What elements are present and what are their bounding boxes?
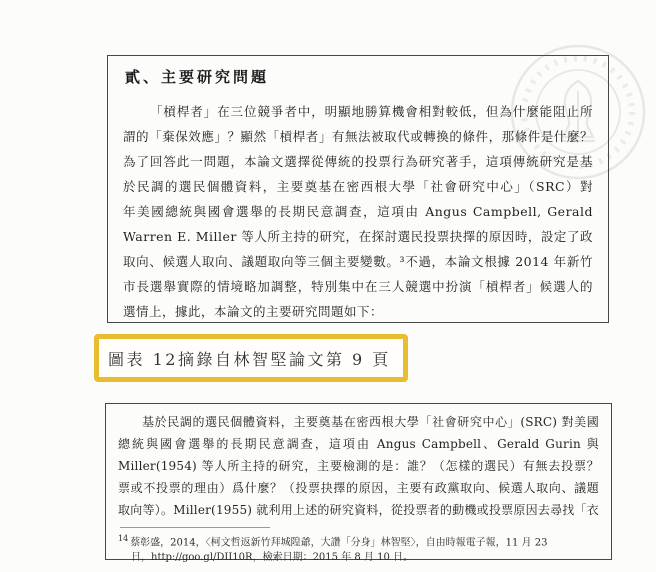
footnote-separator bbox=[120, 527, 270, 528]
footnote-text: 日，http://goo.gl/DII10R，檢索日期：2015 年 8 月 1… bbox=[131, 552, 413, 563]
footnote-line: 14蔡彰盛，2014，〈柯文哲返新竹拜城隍爺，大讚「分身」林智堅〉，自由時報電子… bbox=[118, 531, 599, 550]
footnote-line: 日，http://goo.gl/DII10R，檢索日期：2015 年 8 月 1… bbox=[118, 550, 599, 565]
excerpt-bottom-paragraph: 基於民調的選民個體資料，主要奠基在密西根大學「社會研究中心」(SRC) 對美國總… bbox=[118, 411, 599, 521]
paragraph-line: 取向、候選人取向、議題取向等三個主要變數。³不過，本論文根據 2014 年新竹 bbox=[123, 249, 593, 274]
figure-caption-text: 圖表 12摘錄自林智堅論文第 9 頁 bbox=[99, 347, 391, 370]
excerpt-top-paragraph: 「槓桿者」在三位競爭者中，明顯地勝算機會相對較低，但為什麼能阻止所謂的「棄保效應… bbox=[123, 99, 593, 324]
paragraph-line: 謂的「棄保效應」？顯然「槓桿者」有無法被取代或轉換的條件，那條件是什麼？ bbox=[123, 124, 593, 149]
paragraph-line: 取向等）。Miller(1955) 就利用上述的研究資料，從投票者的動機或投票原… bbox=[118, 499, 599, 521]
paragraph-line: Miller(1954) 等人所主持的研究，主要檢測的是：誰？（怎樣的選民）有無… bbox=[118, 455, 599, 477]
paragraph-line: 票或不投票的理由）爲什麼？（投票抉擇的原因，主要有政黨取向、候選人取向、議題 bbox=[118, 477, 599, 499]
document-page: { "page": { "background": "#fcfcfb", "hi… bbox=[0, 0, 656, 572]
paragraph-line: 「槓桿者」在三位競爭者中，明顯地勝算機會相對較低，但為什麼能阻止所 bbox=[123, 99, 593, 124]
excerpt-box-top: 貳、主要研究問題 「槓桿者」在三位競爭者中，明顯地勝算機會相對較低，但為什麼能阻… bbox=[107, 55, 609, 323]
paragraph-line: Warren E. Miller 等人所主持的研究，在探討選民投票抉擇的原因時，… bbox=[123, 224, 593, 249]
paragraph-line: 市長選舉實際的情境略加調整，特別集中在三人競選中扮演「槓桿者」候選人的 bbox=[123, 274, 593, 299]
paragraph-line: 選情上，據此，本論文的主要研究問題如下： bbox=[123, 299, 593, 324]
footnote-marker: 14 bbox=[118, 534, 128, 543]
excerpt-box-bottom: 基於民調的選民個體資料，主要奠基在密西根大學「社會研究中心」(SRC) 對美國總… bbox=[105, 403, 612, 560]
paragraph-line: 總統與國會選舉的長期民意調查，這項由 Angus Campbell、Gerald… bbox=[118, 433, 599, 455]
paragraph-line: 年美國總統與國會選舉的長期民意調查，這項由 Angus Campbell, Ge… bbox=[123, 199, 593, 224]
section-heading: 貳、主要研究問題 bbox=[125, 66, 593, 88]
paragraph-line: 於民調的選民個體資料，主要奠基在密西根大學「社會研究中心」（SRC）對 1952 bbox=[123, 174, 593, 199]
figure-caption-highlight: 圖表 12摘錄自林智堅論文第 9 頁 bbox=[94, 334, 408, 382]
paragraph-line: 為了回答此一問題，本論文選擇從傳統的投票行為研究著手，這項傳統研究是基 bbox=[123, 149, 593, 174]
footnote: 14蔡彰盛，2014，〈柯文哲返新竹拜城隍爺，大讚「分身」林智堅〉，自由時報電子… bbox=[118, 531, 599, 565]
paragraph-line: 基於民調的選民個體資料，主要奠基在密西根大學「社會研究中心」(SRC) 對美國 bbox=[118, 411, 599, 433]
footnote-text: 蔡彰盛，2014，〈柯文哲返新竹拜城隍爺，大讚「分身」林智堅〉，自由時報電子報，… bbox=[130, 537, 547, 548]
